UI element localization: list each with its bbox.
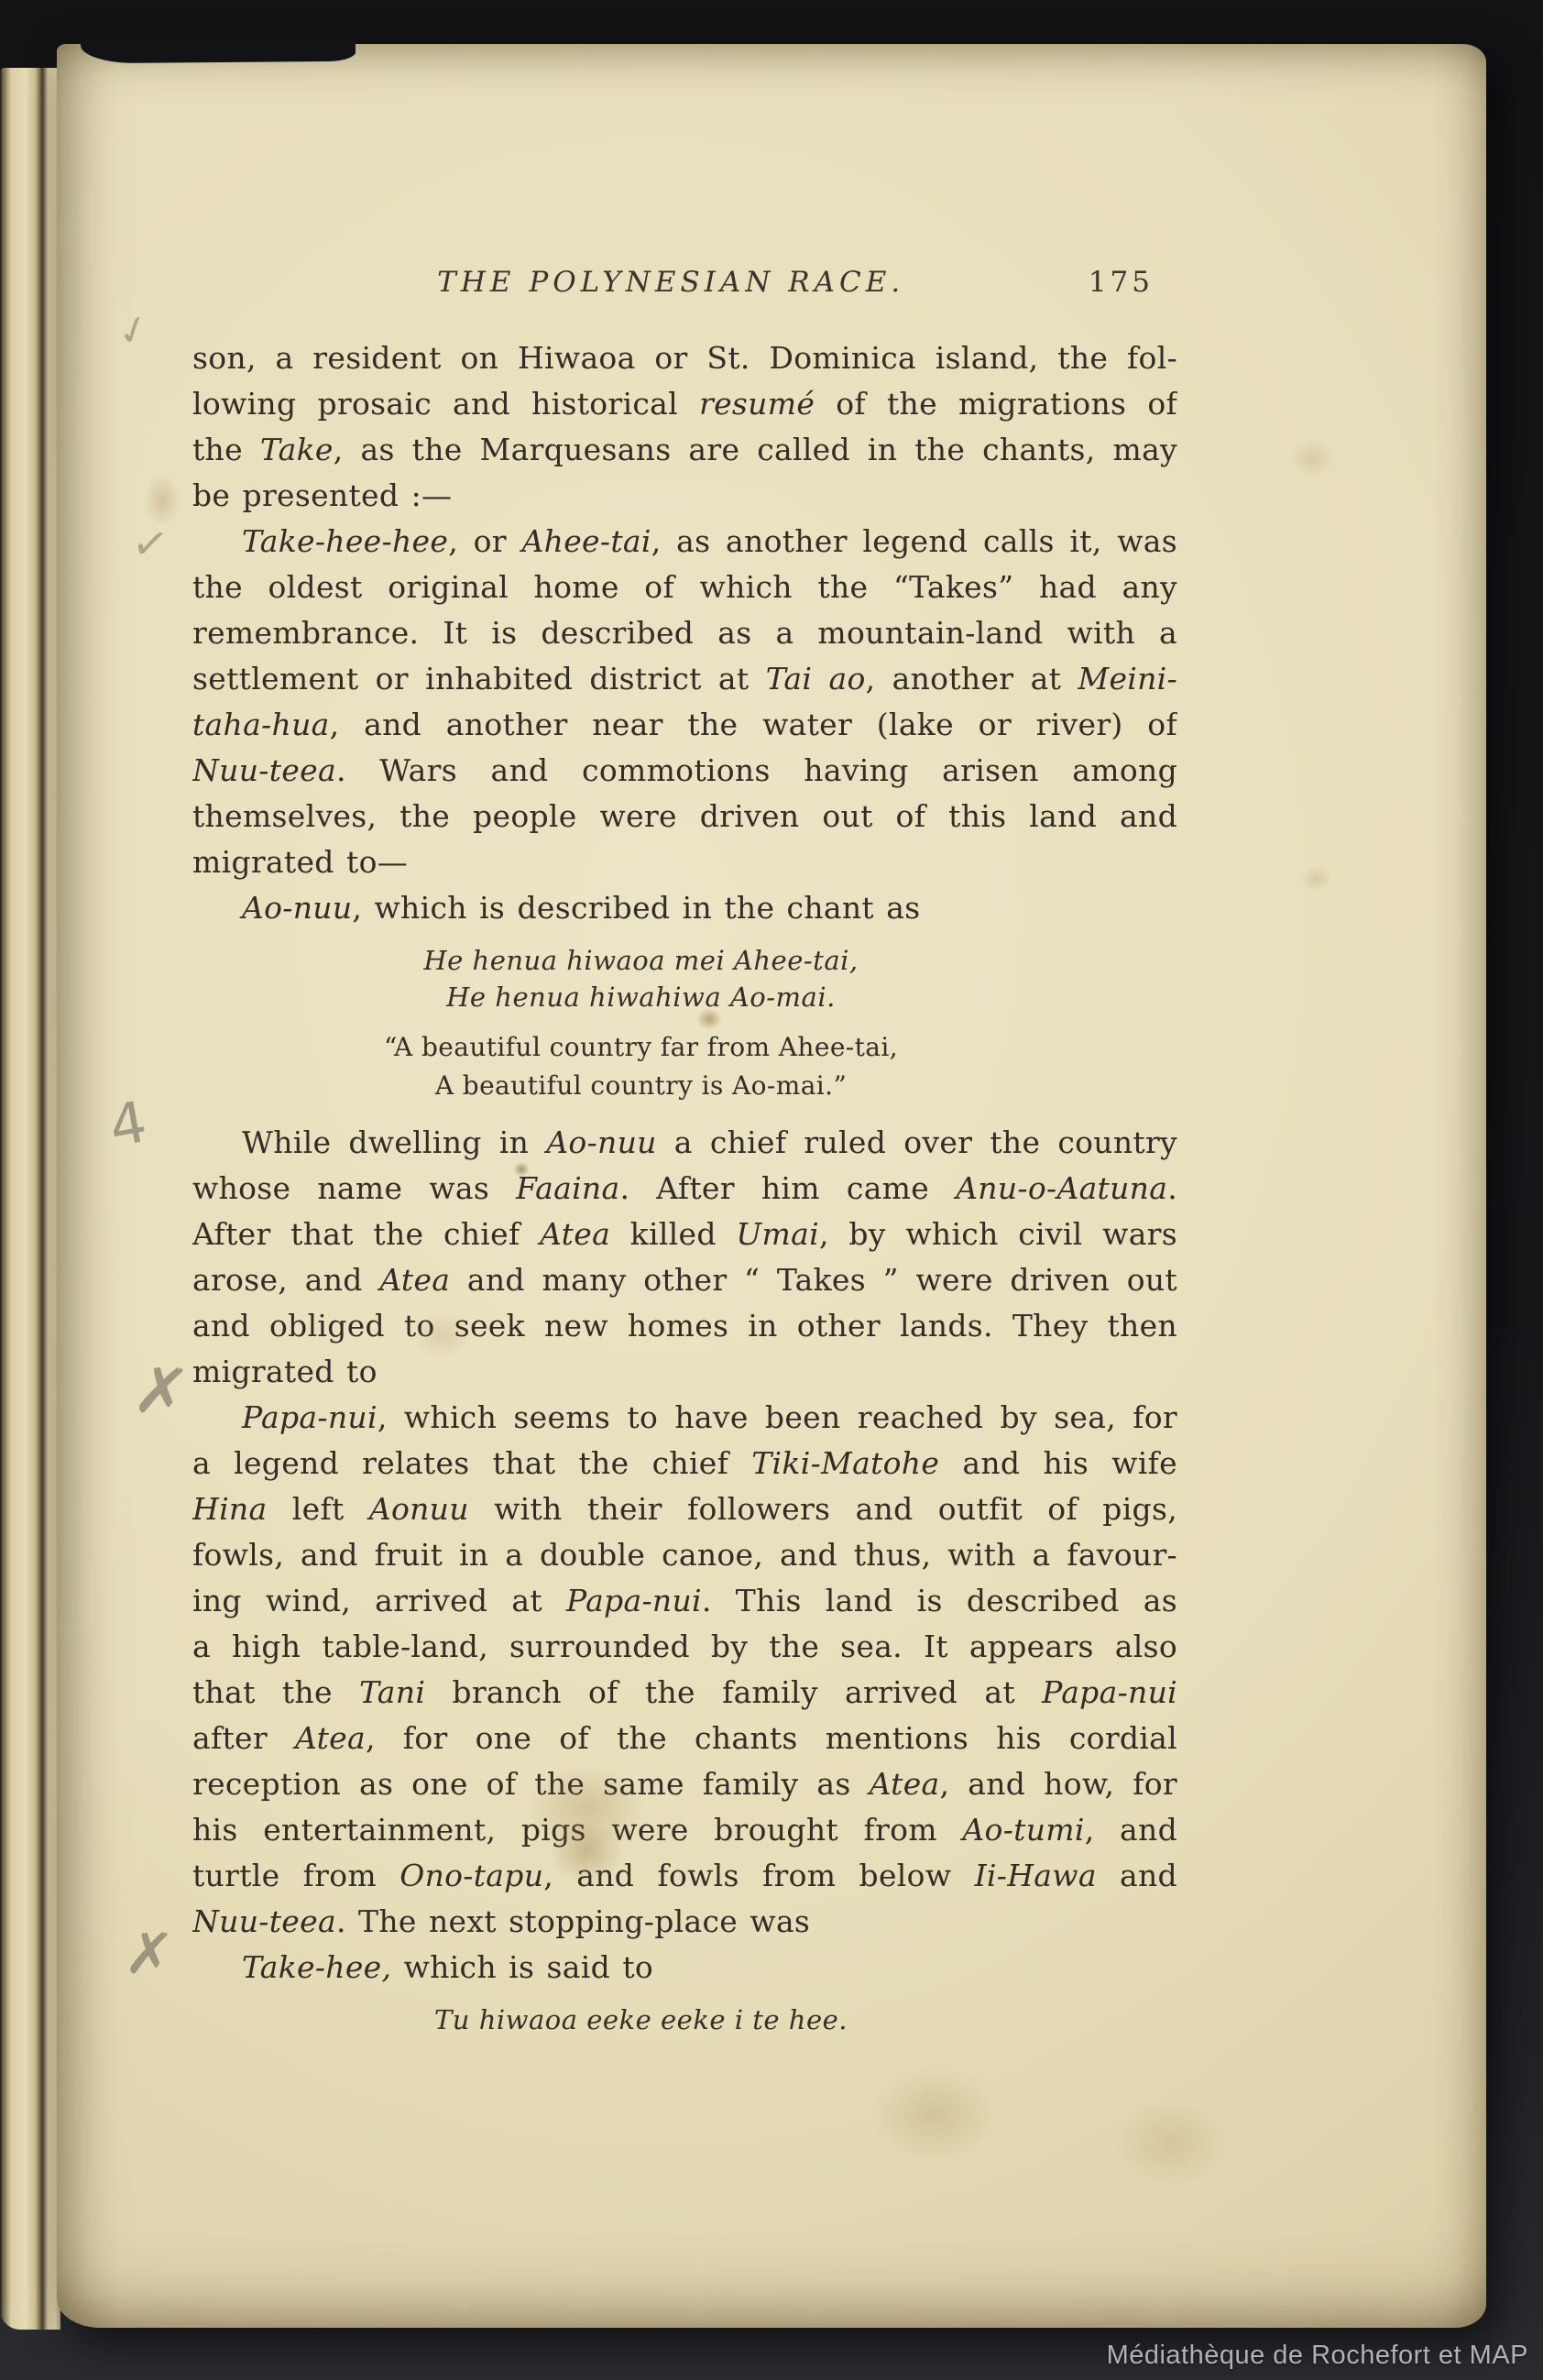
page-text: son, a resident on Hiwaoa or St. Dominic…	[192, 335, 1177, 2047]
text-line: Ao-nuu, which is described in the chant …	[192, 885, 1177, 931]
torn-edge-notch	[81, 38, 356, 64]
text-line: son, a resident on Hiwaoa or St. Dominic…	[192, 335, 1177, 381]
text-line: whose name was Faaina. After him came An…	[192, 1166, 1177, 1212]
verse-line: He henua hiwaoa mei Ahee-tai,	[148, 942, 1133, 979]
chant-translation: “A beautiful country far from Ahee-tai,A…	[148, 1028, 1133, 1105]
text-line: Take-hee-hee, or Ahee-tai, as another le…	[192, 519, 1177, 565]
paragraph: Papa-nui, which seems to have been reach…	[192, 1395, 1177, 1945]
paragraph: son, a resident on Hiwaoa or St. Dominic…	[192, 335, 1177, 519]
pencil-mark: ✓	[128, 516, 172, 572]
text-line: settlement or inhabited district at Tai …	[192, 656, 1177, 702]
text-line: Papa-nui, which seems to have been reach…	[192, 1395, 1177, 1441]
text-line: taha-hua, and another near the water (la…	[192, 702, 1177, 748]
stain	[144, 475, 181, 526]
pencil-mark: ✗	[122, 1919, 176, 1991]
book-page: THE POLYNESIAN RACE. 175 son, a resident…	[57, 44, 1486, 2328]
text-line: fowls, and fruit in a double canoe, and …	[192, 1532, 1177, 1578]
page-edge-stack	[0, 68, 60, 2330]
page-number: 175	[1089, 266, 1154, 299]
text-line: turtle from Ono-tapu, and fowls from bel…	[192, 1853, 1177, 1899]
text-line: migrated to	[192, 1349, 1177, 1395]
chant-verse: He henua hiwaoa mei Ahee-tai,He henua hi…	[148, 942, 1133, 1015]
paragraph: Take-hee, which is said to	[192, 1945, 1177, 1991]
text-line: be presented :—	[192, 473, 1177, 519]
text-line: and obliged to seek new homes in other l…	[192, 1303, 1177, 1349]
stain	[1301, 866, 1332, 892]
text-line: arose, and Atea and many other “ Takes ”…	[192, 1257, 1177, 1303]
text-line: lowing prosaic and historical resumé of …	[192, 381, 1177, 427]
chant-verse: Tu hiwaoa eeke eeke i te hee.	[148, 2002, 1133, 2038]
pencil-mark: ✗	[129, 1350, 193, 1433]
stain	[1113, 2099, 1228, 2186]
photo-background: THE POLYNESIAN RACE. 175 son, a resident…	[0, 0, 1543, 2380]
text-line: remembrance. It is described as a mounta…	[192, 610, 1177, 656]
watermark: Médiathèque de Rochefort et MAP	[1107, 2341, 1528, 2371]
text-line: Nuu-teea. The next stopping-place was	[192, 1899, 1177, 1945]
stain	[870, 2067, 999, 2163]
stain	[1290, 440, 1334, 477]
pencil-mark: 4	[104, 1088, 152, 1160]
running-head: THE POLYNESIAN RACE. 175	[192, 266, 1177, 308]
verse-line: He henua hiwahiwa Ao-mai.	[148, 979, 1133, 1015]
running-head-title: THE POLYNESIAN RACE.	[437, 266, 904, 299]
text-line: migrated to—	[192, 839, 1177, 885]
text-line: reception as one of the same family as A…	[192, 1761, 1177, 1807]
text-line: After that the chief Atea killed Umai, b…	[192, 1212, 1177, 1257]
verse-line: Tu hiwaoa eeke eeke i te hee.	[148, 2002, 1133, 2038]
text-line: that the Tani branch of the family arriv…	[192, 1670, 1177, 1716]
paragraph: While dwelling in Ao-nuu a chief ruled o…	[192, 1120, 1177, 1395]
text-line: While dwelling in Ao-nuu a chief ruled o…	[192, 1120, 1177, 1166]
text-line: a high table-land, surrounded by the sea…	[192, 1624, 1177, 1670]
text-line: ing wind, arrived at Papa-nui. This land…	[192, 1578, 1177, 1624]
text-line: his entertainment, pigs were brought fro…	[192, 1807, 1177, 1853]
paragraph: Ao-nuu, which is described in the chant …	[192, 885, 1177, 931]
text-line: after Atea, for one of the chants mentio…	[192, 1716, 1177, 1761]
verse-line: “A beautiful country far from Ahee-tai,	[148, 1028, 1133, 1067]
text-line: themselves, the people were driven out o…	[192, 794, 1177, 839]
text-line: Nuu-teea. Wars and commotions having ari…	[192, 748, 1177, 794]
verse-line: A beautiful country is Ao-mai.”	[148, 1067, 1133, 1105]
text-line: the oldest original home of which the “T…	[192, 565, 1177, 610]
text-line: Take-hee, which is said to	[192, 1945, 1177, 1991]
paragraph: Take-hee-hee, or Ahee-tai, as another le…	[192, 519, 1177, 885]
text-line: Hina left Aonuu with their followers and…	[192, 1486, 1177, 1532]
text-line: a legend relates that the chief Tiki-Mat…	[192, 1441, 1177, 1486]
pencil-mark: ✓	[111, 304, 156, 356]
text-line: the Take, as the Marquesans are called i…	[192, 427, 1177, 473]
